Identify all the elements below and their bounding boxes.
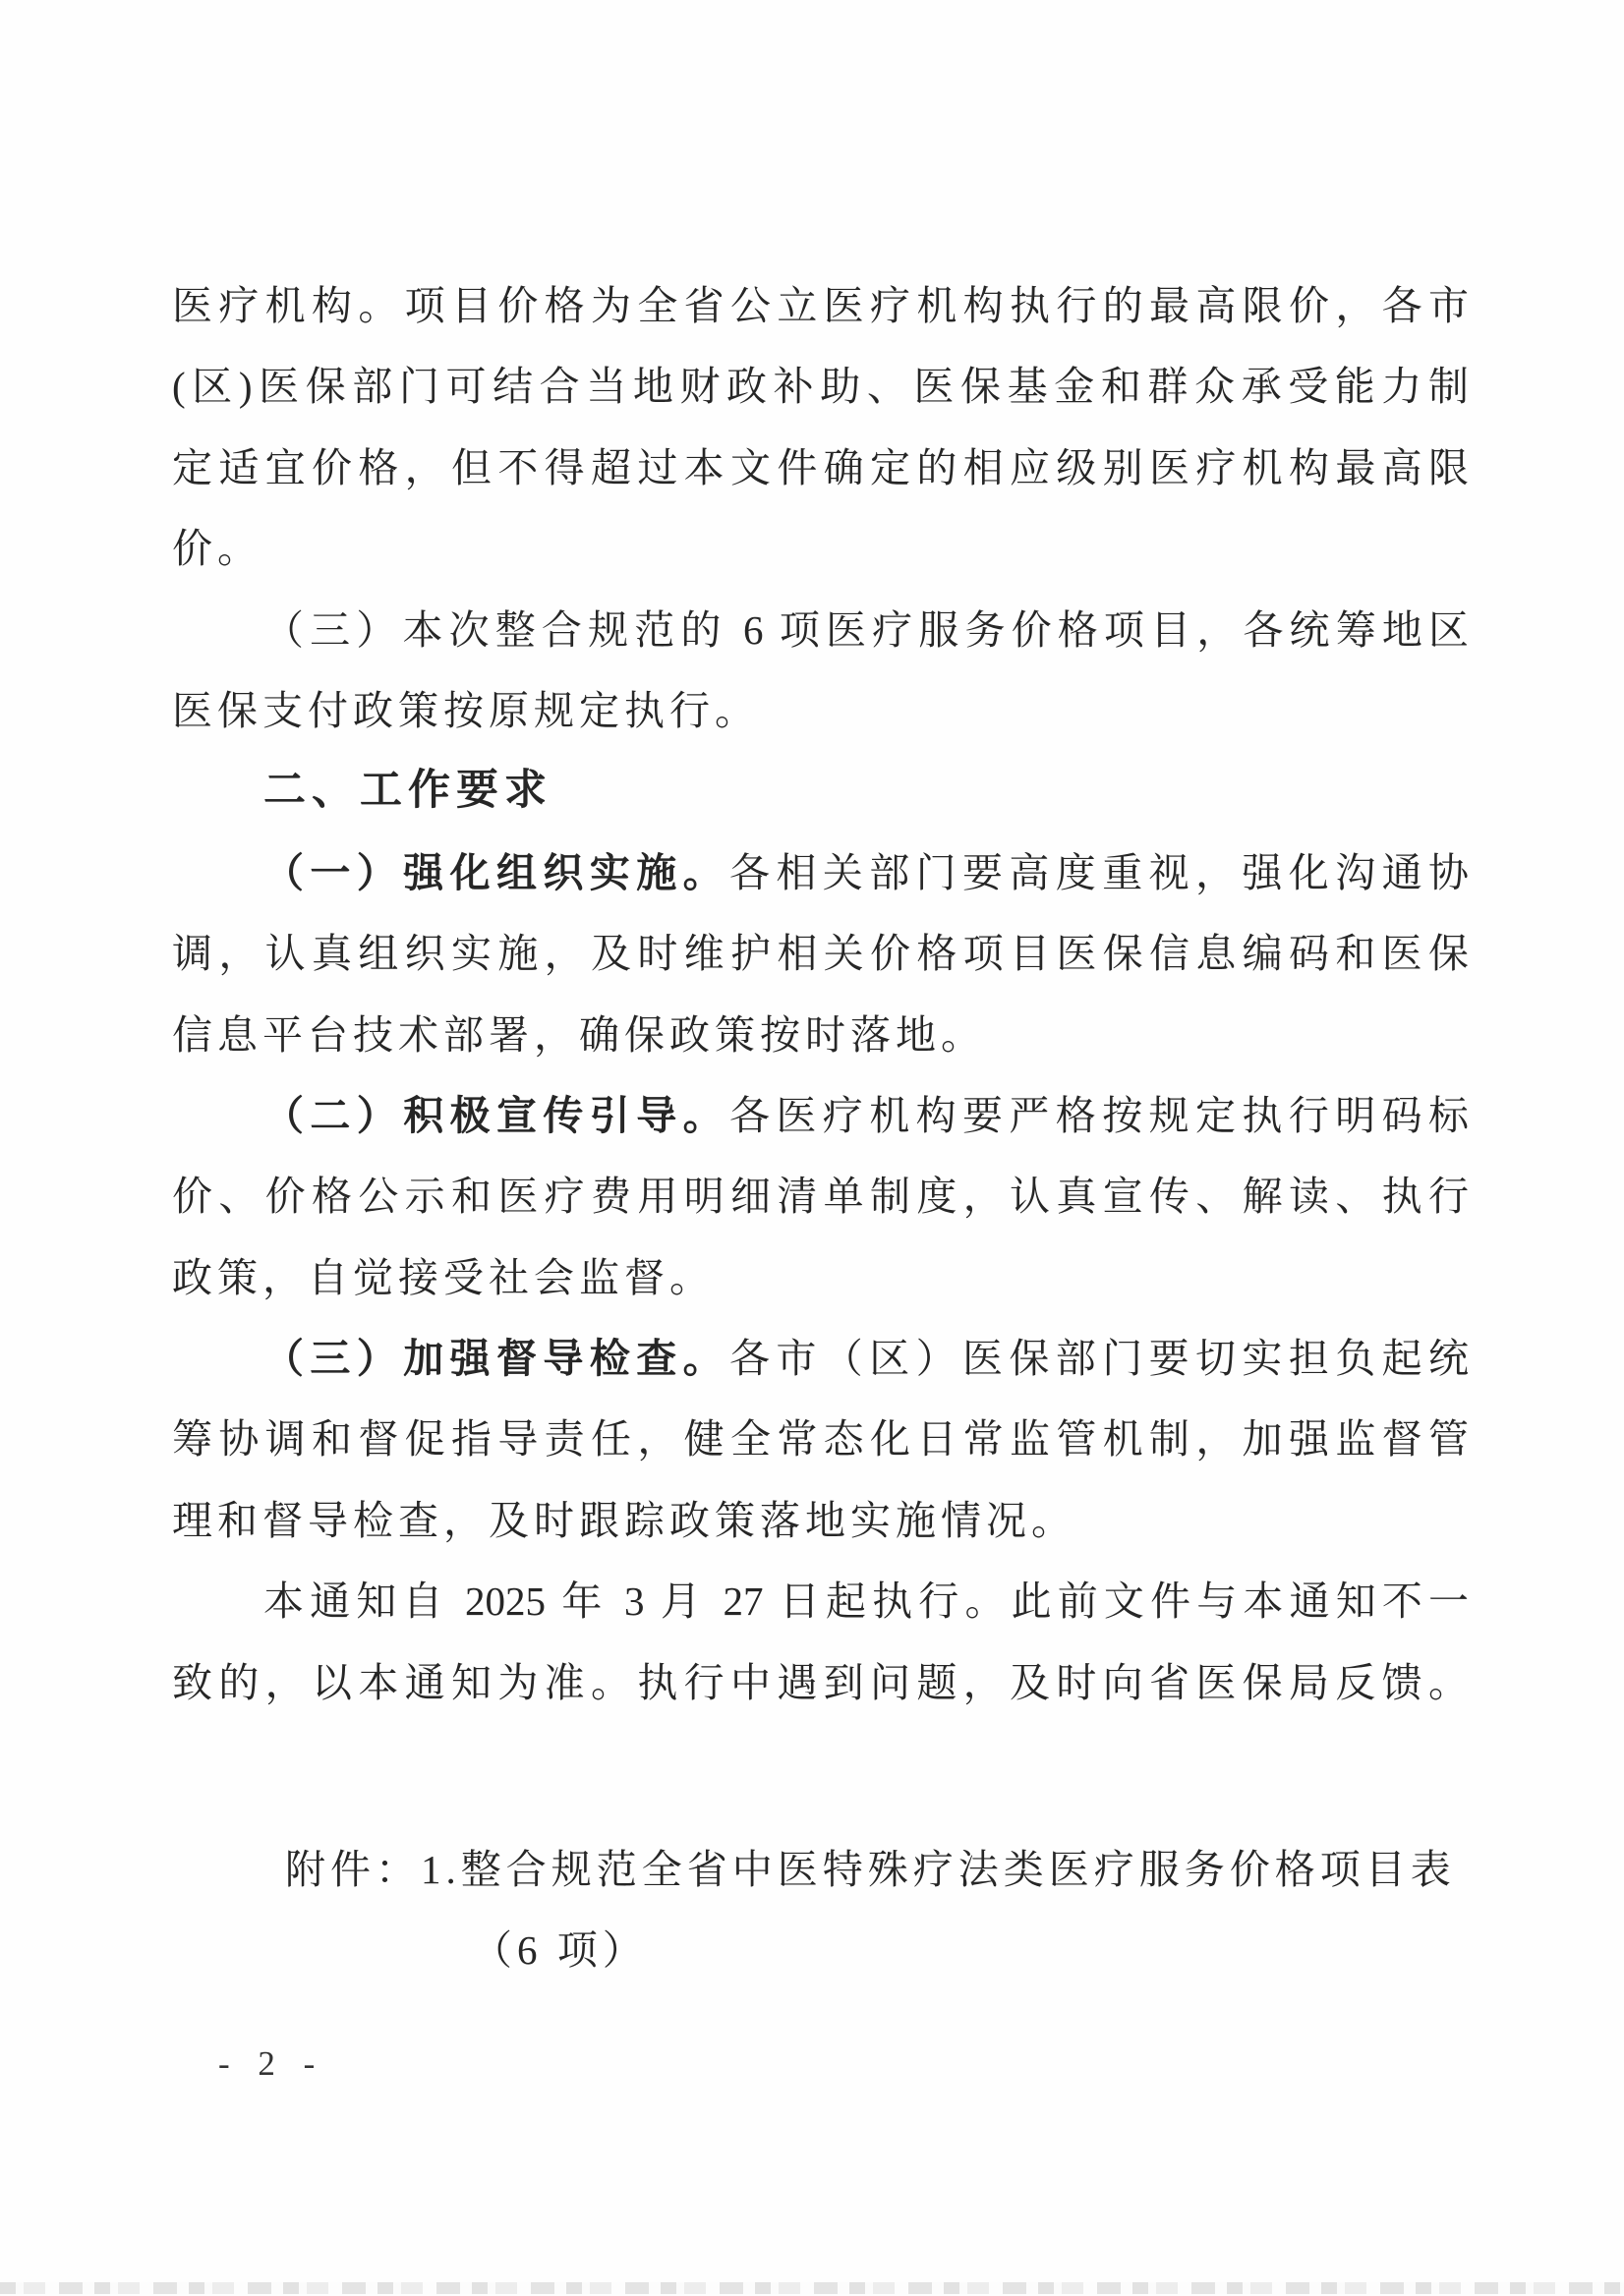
attachment-line2: （6 项）: [172, 1910, 1469, 1990]
para4-line2: 价、价格公示和医疗费用明细清单制度，认真宣传、解读、执行: [172, 1156, 1469, 1236]
para6-line2: 致的，以本通知为准。执行中遇到问题，及时向省医保局反馈。: [172, 1642, 1469, 1723]
para3-line1: （一）强化组织实施。各相关部门要高度重视，强化沟通协: [172, 832, 1469, 913]
para2-line1: （三）本次整合规范的 6 项医疗服务价格项目，各统筹地区: [172, 590, 1469, 670]
para2-line2: 医保支付政策按原规定执行。: [172, 670, 1469, 751]
para5-line1-rest: 各市（区）医保部门要切实担负起统: [729, 1336, 1469, 1381]
para3-lead-bold: （一）强化组织实施。: [263, 850, 729, 895]
para1-line2: (区)医保部门可结合当地财政补助、医保基金和群众承受能力制: [172, 346, 1469, 427]
section-heading: 二、工作要求: [172, 751, 1469, 832]
document-page: 医疗机构。项目价格为全省公立医疗机构执行的最高限价，各市 (区)医保部门可结合当…: [0, 0, 1624, 2296]
para6-line1: 本通知自 2025 年 3 月 27 日起执行。此前文件与本通知不一: [172, 1561, 1469, 1641]
para5-line2: 筹协调和督促指导责任，健全常态化日常监管机制，加强监督管: [172, 1399, 1469, 1479]
page-number: - 2 -: [218, 2044, 324, 2084]
para3-line3: 信息平台技术部署，确保政策按时落地。: [172, 995, 1469, 1075]
para4-line3: 政策，自觉接受社会监督。: [172, 1237, 1469, 1318]
para5-lead-bold: （三）加强督导检查。: [263, 1336, 729, 1381]
para1-line3: 定适宜价格，但不得超过本文件确定的相应级别医疗机构最高限: [172, 428, 1469, 508]
attachment-line1: 附件：1.整合规范全省中医特殊疗法类医疗服务价格项目表: [172, 1829, 1469, 1910]
scan-edge-artifact: [0, 2282, 1624, 2294]
document-body: 医疗机构。项目价格为全省公立医疗机构执行的最高限价，各市 (区)医保部门可结合当…: [172, 265, 1469, 1991]
para4-lead-bold: （二）积极宣传引导。: [263, 1093, 729, 1138]
para5-line1: （三）加强督导检查。各市（区）医保部门要切实担负起统: [172, 1318, 1469, 1399]
para1-line1: 医疗机构。项目价格为全省公立医疗机构执行的最高限价，各市: [172, 265, 1469, 346]
para4-line1: （二）积极宣传引导。各医疗机构要严格按规定执行明码标: [172, 1075, 1469, 1156]
para5-line3: 理和督导检查，及时跟踪政策落地实施情况。: [172, 1480, 1469, 1561]
para4-line1-rest: 各医疗机构要严格按规定执行明码标: [729, 1093, 1469, 1138]
para1-line4: 价。: [172, 508, 1469, 589]
blank-gap: [172, 1723, 1469, 1829]
para3-line1-rest: 各相关部门要高度重视，强化沟通协: [729, 850, 1469, 895]
para3-line2: 调，认真组织实施，及时维护相关价格项目医保信息编码和医保: [172, 913, 1469, 994]
